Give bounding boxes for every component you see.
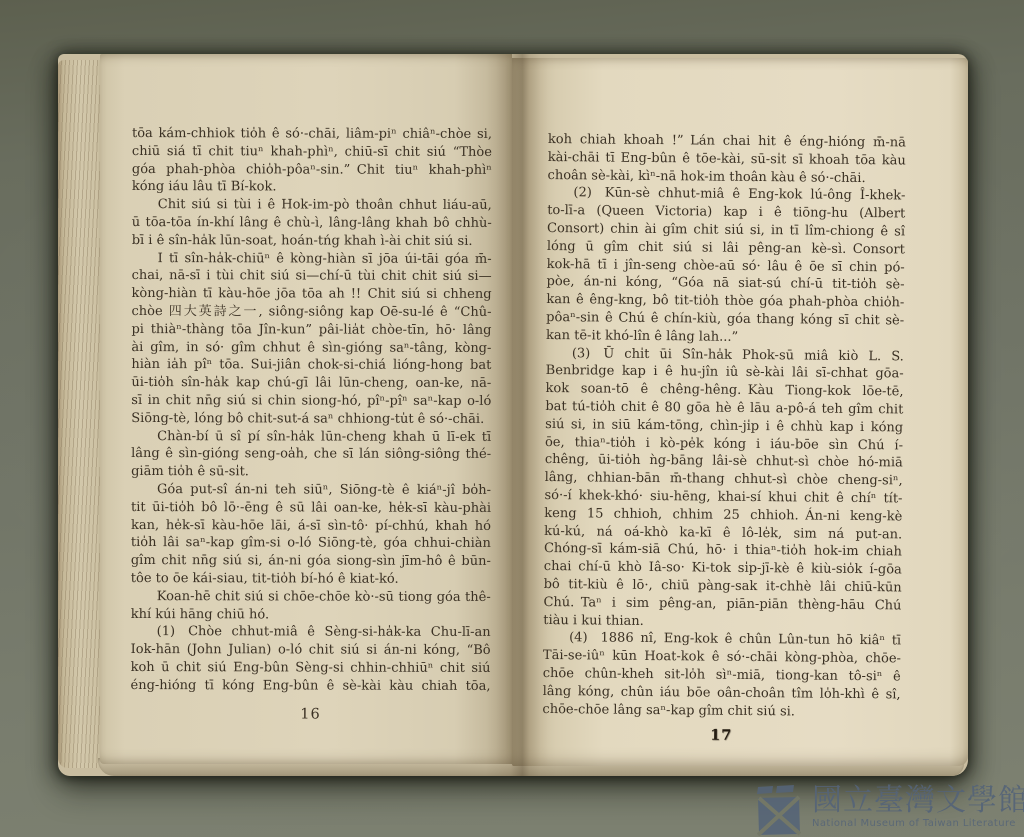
text-line: kóng iáu lâu tī Bí-kok.	[132, 178, 492, 197]
text-line: ài gîm, in só· gîm chhut ê sìn-gióng saⁿ…	[131, 339, 491, 358]
text-line: chiū siá tī chit tiuⁿ khah-phìⁿ, chiū-sī…	[132, 143, 492, 162]
text-line: Iok-hān (John Julian) o-ló chit siú si á…	[131, 641, 491, 660]
text-line: gîm chit nn̄g siú si, án-ni góa siong-sì…	[131, 552, 491, 571]
right-page-text: koh chiah khoah !” Lán chai hit ê éng-hi…	[542, 131, 906, 747]
text-line: Góa put-sî án-ni teh siūⁿ, Siōng-tè ê ki…	[131, 481, 491, 500]
page-number: 17	[542, 725, 900, 746]
text-line: Chit siú si tùi i ê Hok-im-pò thoân chhu…	[132, 196, 492, 215]
text-line: tōa kám-chhiok tio̍h ê só·-chāi, liâm-pi…	[132, 125, 492, 144]
nmtl-watermark: 國立臺灣文學館 National Museum of Taiwan Litera…	[757, 784, 1024, 836]
text-line: tôe to ōe kái-siau, tit-tio̍h bí-hó ê ki…	[131, 570, 491, 589]
text-line: Koan-hē chit siú si chōe-chōe kò·-sū tio…	[131, 588, 491, 607]
paragraph: Góa put-sî án-ni teh siūⁿ, Siōng-tè ê ki…	[131, 481, 491, 589]
paragraph: (3) Ū chi̍t ūi Sîn-ha̍k Phok-sū miâ kiò …	[543, 345, 904, 633]
text-line: giām tio̍h ê sū-si̍t.	[131, 463, 491, 482]
text-line: góa phah-phòa chio̍h-pôaⁿ-sin.” Chit tiu…	[132, 161, 492, 180]
scanned-book-photo: tōa kám-chhiok tio̍h ê só·-chāi, liâm-pi…	[0, 0, 1024, 837]
text-line: éng-hióng tī kóng Eng-bûn ê sè-kài kàu c…	[131, 677, 491, 696]
text-line: ūi-tio̍h sîn-ha̍k kap chú-gī lâi lūn-che…	[131, 374, 491, 393]
text-line: Siōng-tè, lóng bô chit-sut-á saⁿ chhiong…	[131, 410, 491, 429]
watermark-title-en: National Museum of Taiwan Literature	[812, 818, 1024, 829]
text-line: lâng ê sìn-gióng seng-oa̍h, che sī lán s…	[131, 445, 491, 464]
text-line: I tī sîn-ha̍k-chiūⁿ ê kòng-hiàn sī jōa ú…	[132, 250, 492, 269]
page-stack-edge	[58, 60, 104, 768]
text-line: chòe 四大英詩之一, siông-siông kap Oē-su-lé ê …	[131, 303, 491, 322]
text-line: chai, nā-sī i tùi chit siú si—chí-ū tùi …	[132, 267, 492, 286]
paragraph: (2) Kūn-sè chhut-miâ ê Eng-kok lú-ông Î-…	[546, 184, 906, 348]
paragraph: (4) 1886 nî, Eng-kok ê chûn Lûn-tun hō k…	[542, 629, 901, 721]
right-page: koh chiah khoah !” Lán chai hit ê éng-hi…	[512, 58, 968, 766]
paragraph: tōa kám-chhiok tio̍h ê só·-chāi, liâm-pi…	[132, 125, 492, 197]
text-line: tit ūi-tio̍h bô lō·-ēng ê sū lâi oan-ke,…	[131, 499, 491, 518]
paragraph: Koan-hē chit siú si chōe-chōe kò·-sū tio…	[131, 588, 491, 625]
open-book: tōa kám-chhiok tio̍h ê só·-chāi, liâm-pi…	[58, 54, 968, 776]
text-line: khí kúi hāng chiū hó.	[131, 606, 491, 625]
watermark-title-cjk: 國立臺灣文學館	[812, 784, 1024, 817]
text-line: pi thiàⁿ-thàng tōa Jîn-kun” pâi-lia̍t ch…	[131, 321, 491, 340]
nmtl-watermark-text: 國立臺灣文學館 National Museum of Taiwan Litera…	[812, 784, 1024, 829]
left-page: tōa kám-chhiok tio̍h ê só·-chāi, liâm-pi…	[100, 54, 512, 764]
text-line: kòng-hiàn tī kàu-hōe jōa tōa ah !! Chit …	[132, 285, 492, 304]
nmtl-logo-icon	[757, 784, 803, 836]
text-line: koh ū chit siú Eng-bûn Sèng-si chhin-chh…	[131, 659, 491, 678]
text-line: tio̍h lâi saⁿ-kap gîm-si o-ló Siōng-tè, …	[131, 534, 491, 553]
text-line: Chàn-bí ū sî pí sîn-ha̍k lūn-cheng khah …	[131, 428, 491, 447]
paragraph: Chàn-bí ū sî pí sîn-ha̍k lūn-cheng khah …	[131, 428, 491, 482]
paragraph: I tī sîn-ha̍k-chiūⁿ ê kòng-hiàn sī jōa ú…	[131, 250, 491, 429]
text-line: (1) Chòe chhut-miâ ê Sèng-si-ha̍k-ka Chu…	[131, 623, 491, 642]
text-line: kan, he̍k-sī kàu-hōe lāi, á-sī sìn-tô· p…	[131, 517, 491, 536]
left-page-text: tōa kám-chhiok tio̍h ê só·-chāi, liâm-pi…	[130, 125, 492, 724]
text-line: hiàn ia̍h pîⁿ tōa. Sui-jiân chok-si-chiá…	[131, 356, 491, 375]
text-line: ū tōa-tōa ín-khí lâng ê chù-ì, lâng-lâng…	[132, 214, 492, 233]
paragraph: (1) Chòe chhut-miâ ê Sèng-si-ha̍k-ka Chu…	[131, 623, 491, 695]
page-number: 16	[130, 705, 490, 724]
text-line: sī in chit nn̄g siú si chin siong-hó, pî…	[131, 392, 491, 411]
paragraph: koh chiah khoah !” Lán chai hit ê éng-hi…	[547, 131, 905, 188]
paragraph: Chit siú si tùi i ê Hok-im-pò thoân chhu…	[132, 196, 492, 250]
text-line: chōe-chōe lâng saⁿ-kap gîm chit siú si.	[542, 700, 900, 721]
text-line: bī i ê sîn-ha̍k lūn-soat, hoán-tńg khah …	[132, 232, 492, 251]
